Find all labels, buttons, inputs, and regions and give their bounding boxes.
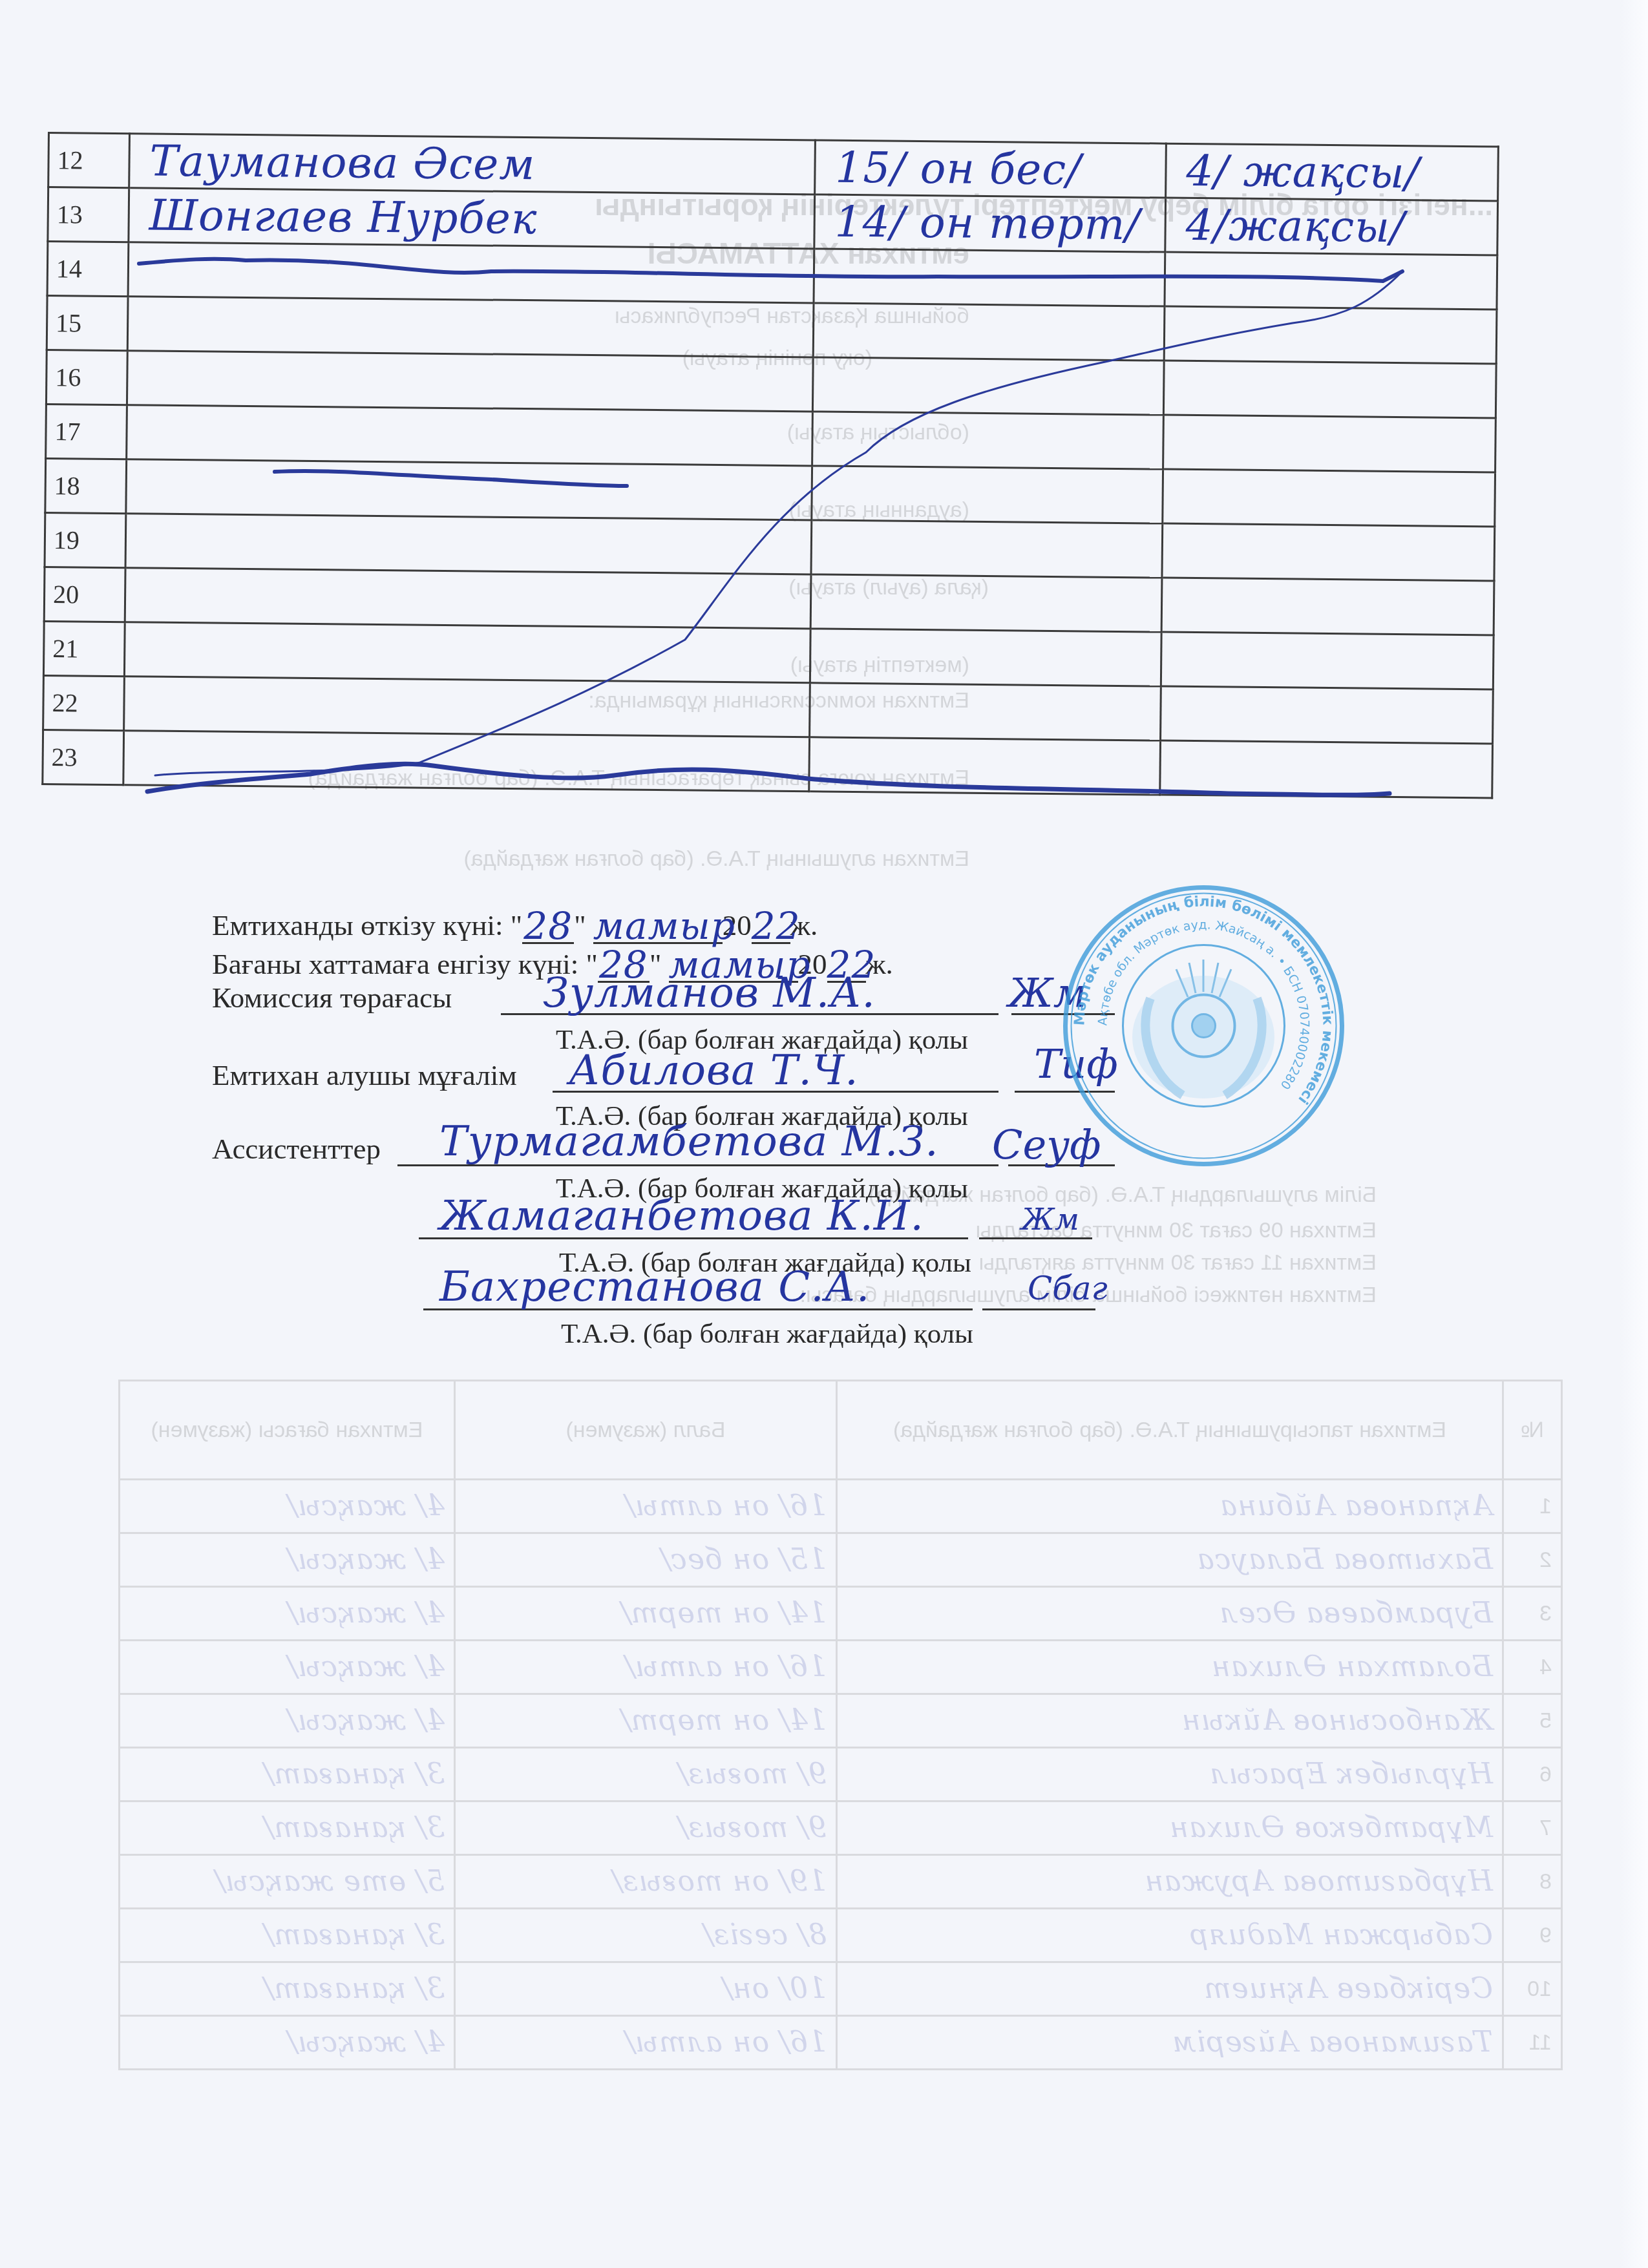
score-value: 15/ он бес/: [816, 142, 1082, 194]
ghost-th-score: Балл (жазумен): [455, 1381, 837, 1480]
row-number: 20: [44, 567, 125, 622]
ghost-table-row: 2Бахытова Балауса15/ он бес/4/ жақсы/: [120, 1533, 1562, 1587]
stamp-inner-text: Ақтөбе обл. Мәртөк ауд. Жайсаң а. • БСН …: [1095, 918, 1311, 1092]
grade-value: 4/ жақсы/: [1167, 145, 1420, 198]
ghost-table-row: 9Сабыржан Мадияр8/ сегіз/3/ қанағат/: [120, 1909, 1562, 1962]
score-value: [812, 468, 832, 518]
grade-entry-date-label: Бағаны хаттамаға енгізу күні: ": [212, 948, 598, 980]
assistant-2-signature: Жм: [1021, 1202, 1079, 1237]
grade-value: [1163, 580, 1183, 629]
score-value: [815, 251, 835, 300]
score-cell[interactable]: [812, 412, 1164, 469]
chairman-name[interactable]: Зулманов М.А.: [543, 972, 876, 1014]
protocol-page: ...негізгі орта білім беру мектептері тү…: [0, 0, 1648, 2268]
student-name: [127, 516, 147, 565]
grade-value: [1163, 471, 1183, 521]
student-name: Шонгаев Нурбек: [129, 190, 537, 244]
row-number: 12: [48, 133, 130, 188]
grade-value: [1162, 634, 1182, 684]
student-name: [128, 353, 148, 403]
assistant-1-signature: Сеуф: [992, 1121, 1101, 1168]
grade-cell[interactable]: 4/жақсы/: [1165, 198, 1498, 255]
score-cell[interactable]: [812, 466, 1163, 523]
grade-cell[interactable]: [1163, 361, 1496, 418]
score-cell[interactable]: [811, 520, 1163, 578]
student-name: Тауманова Әсем: [130, 136, 535, 189]
score-value: [811, 631, 831, 680]
protocol-table-body: 12Тауманова Әсем15/ он бес/4/ жақсы/13Шо…: [43, 133, 1499, 798]
exam-date-line: Емтиханды өткізу күні: "28" мамыр2022ж.: [212, 903, 818, 944]
ghost-table-row: 7Мұратбеков Әлихан9/ тоғыз/3/ қанағат/: [120, 1801, 1562, 1855]
ghost-table-row: 10Серікбаев Ақниет10/ он/3/ қанағат/: [120, 1962, 1562, 2016]
svg-text:Ақтөбе обл. Мәртөк ауд. Жайсаң: Ақтөбе обл. Мәртөк ауд. Жайсаң а. • БСН …: [1095, 918, 1311, 1092]
score-cell[interactable]: [814, 249, 1165, 306]
ghost-table-row: 8Нұрбагитова Аружан19/ он тоғыз/5/ өте ж…: [120, 1855, 1562, 1909]
ghost-table-row: 11Тагиманова Айгерім16/ он алты/4/ жақсы…: [120, 2016, 1562, 2070]
grade-value: [1163, 525, 1183, 575]
score-value: [814, 305, 834, 355]
grade-value: [1161, 688, 1181, 738]
score-cell[interactable]: [810, 683, 1161, 740]
student-name-cell[interactable]: [127, 405, 813, 466]
ghost-table-body: 1Ақпанова Айбина16/ он алты/4/ жақсы/2Ба…: [120, 1480, 1562, 2070]
ghost-table-row: 6Нұрлыбек Ерасыл9/ тоғыз/3/ қанағат/: [120, 1748, 1562, 1801]
student-name-cell[interactable]: [126, 459, 812, 520]
assistant-2-name[interactable]: Жамаганбетова К.И.: [439, 1195, 924, 1237]
student-name-cell[interactable]: [125, 568, 811, 629]
score-cell[interactable]: 14/ он төрт/: [814, 194, 1166, 252]
student-name-cell[interactable]: [124, 622, 810, 683]
score-cell[interactable]: [810, 574, 1162, 632]
student-name-cell[interactable]: [127, 351, 813, 412]
grade-value: [1161, 742, 1181, 792]
row-number: 22: [43, 675, 125, 730]
grade-cell[interactable]: [1160, 740, 1493, 798]
ghost-table: № Емтихан тапсырушының Т.А.Ә. (бар болға…: [118, 1380, 1563, 2070]
assistant-1-name[interactable]: Турмагамбетова М.З.: [439, 1121, 939, 1162]
ghost-th-student: Емтихан тапсырушының Т.А.Ә. (бар болған …: [837, 1381, 1503, 1480]
exam-date-day-field[interactable]: 28: [522, 903, 574, 944]
student-name: [125, 678, 145, 728]
exam-date-month-field[interactable]: мамыр: [593, 903, 723, 944]
ghost-field: Емтихан алушының Т.А.Ә. (бар болған жағд…: [464, 846, 969, 872]
score-cell[interactable]: 15/ он бес/: [815, 140, 1167, 198]
assistant-3-signature: Сбаг: [1028, 1270, 1108, 1307]
assistant-3-initials-line: [982, 1308, 1095, 1310]
score-value: [813, 414, 833, 463]
grade-cell[interactable]: [1165, 252, 1497, 310]
row-number: 19: [45, 512, 126, 567]
score-value: [814, 359, 834, 409]
grade-value: [1164, 417, 1184, 467]
grade-cell[interactable]: [1161, 686, 1494, 744]
teacher-name[interactable]: Абилова Т.Ч.: [569, 1050, 859, 1091]
chairman-signature: Жм: [1008, 969, 1086, 1016]
student-name: [125, 624, 145, 674]
grade-cell[interactable]: [1161, 632, 1494, 689]
grade-value: 4/жақсы/: [1166, 200, 1405, 252]
score-value: 14/ он төрт/: [815, 196, 1140, 249]
chairman-label: Комиссия төрағасы: [212, 981, 452, 1014]
student-name-cell[interactable]: [128, 242, 814, 303]
score-value: [810, 685, 830, 735]
assistant-3-name[interactable]: Бахрестанова С.А.: [439, 1266, 870, 1308]
teacher-signature: Тиф: [1034, 1040, 1118, 1087]
ghost-table-row: 5Жанбосынов Айкын14/ он төрт/4/ жақсы/: [120, 1694, 1562, 1748]
row-number: 13: [48, 187, 129, 242]
score-value: [812, 576, 832, 626]
grade-value: [1166, 254, 1186, 304]
grade-cell[interactable]: [1162, 523, 1495, 581]
student-name-cell[interactable]: [127, 297, 814, 357]
grade-cell[interactable]: [1164, 306, 1497, 364]
row-number: 21: [43, 621, 125, 676]
student-name-cell[interactable]: [125, 514, 812, 574]
student-name-cell[interactable]: Шонгаев Нурбек: [129, 188, 815, 249]
score-cell[interactable]: [812, 357, 1164, 415]
ghost-th-no: №: [1503, 1381, 1562, 1480]
student-name-cell[interactable]: [123, 731, 810, 792]
student-name: [126, 570, 146, 620]
score-cell[interactable]: [813, 303, 1165, 361]
grade-value: [1165, 362, 1185, 412]
score-value: [812, 522, 832, 572]
assistant-3-caption: Т.А.Ә. (бар болған жағдайда) қолы: [561, 1318, 973, 1350]
row-number: 17: [46, 404, 127, 459]
assistants-label: Ассистенттер: [212, 1132, 381, 1166]
grade-value: [1165, 308, 1185, 358]
row-number: 23: [43, 730, 124, 784]
ghost-table-row: 3Бурамбаева Әсел14/ он төрт/4/ жақсы/: [120, 1587, 1562, 1641]
exam-date-year-field[interactable]: 22: [752, 903, 790, 944]
grade-cell[interactable]: [1163, 415, 1496, 472]
row-number: 15: [47, 296, 128, 351]
grade-cell[interactable]: 4/ жақсы/: [1166, 143, 1499, 201]
exam-date-label: Емтиханды өткізу күні: ": [212, 909, 522, 941]
student-name: [129, 299, 149, 348]
protocol-table: 12Тауманова Әсем15/ он бес/4/ жақсы/13Шо…: [41, 132, 1499, 799]
teacher-label: Емтихан алушы мұғалім: [212, 1058, 517, 1092]
student-name: [127, 461, 147, 511]
student-name-cell[interactable]: [124, 677, 810, 737]
student-name: [129, 244, 149, 294]
row-number: 14: [47, 242, 129, 297]
row-number: 16: [46, 350, 127, 404]
teacher-sign-line: [1015, 1091, 1115, 1093]
grade-cell[interactable]: [1163, 469, 1495, 527]
ghost-th-grade: Емтихан бағасы (жазумен): [120, 1381, 455, 1480]
grade-cell[interactable]: [1161, 578, 1494, 635]
student-name: [127, 407, 147, 457]
student-name: [124, 733, 144, 782]
assistant-2-initials-line: [979, 1237, 1092, 1239]
row-number: 18: [45, 458, 127, 513]
score-cell[interactable]: [810, 629, 1161, 686]
ghost-table-row: 4Болатхан Әлихан16/ он алты/4/ жақсы/: [120, 1641, 1562, 1694]
score-cell[interactable]: [809, 737, 1161, 795]
official-stamp-icon: Мәртөк ауданының білім бөлімі мемлекетті…: [1060, 882, 1347, 1170]
ghost-table-row: 1Ақпанова Айбина16/ он алты/4/ жақсы/: [120, 1480, 1562, 1533]
score-value: [810, 739, 830, 789]
student-name-cell[interactable]: Тауманова Әсем: [129, 134, 816, 194]
